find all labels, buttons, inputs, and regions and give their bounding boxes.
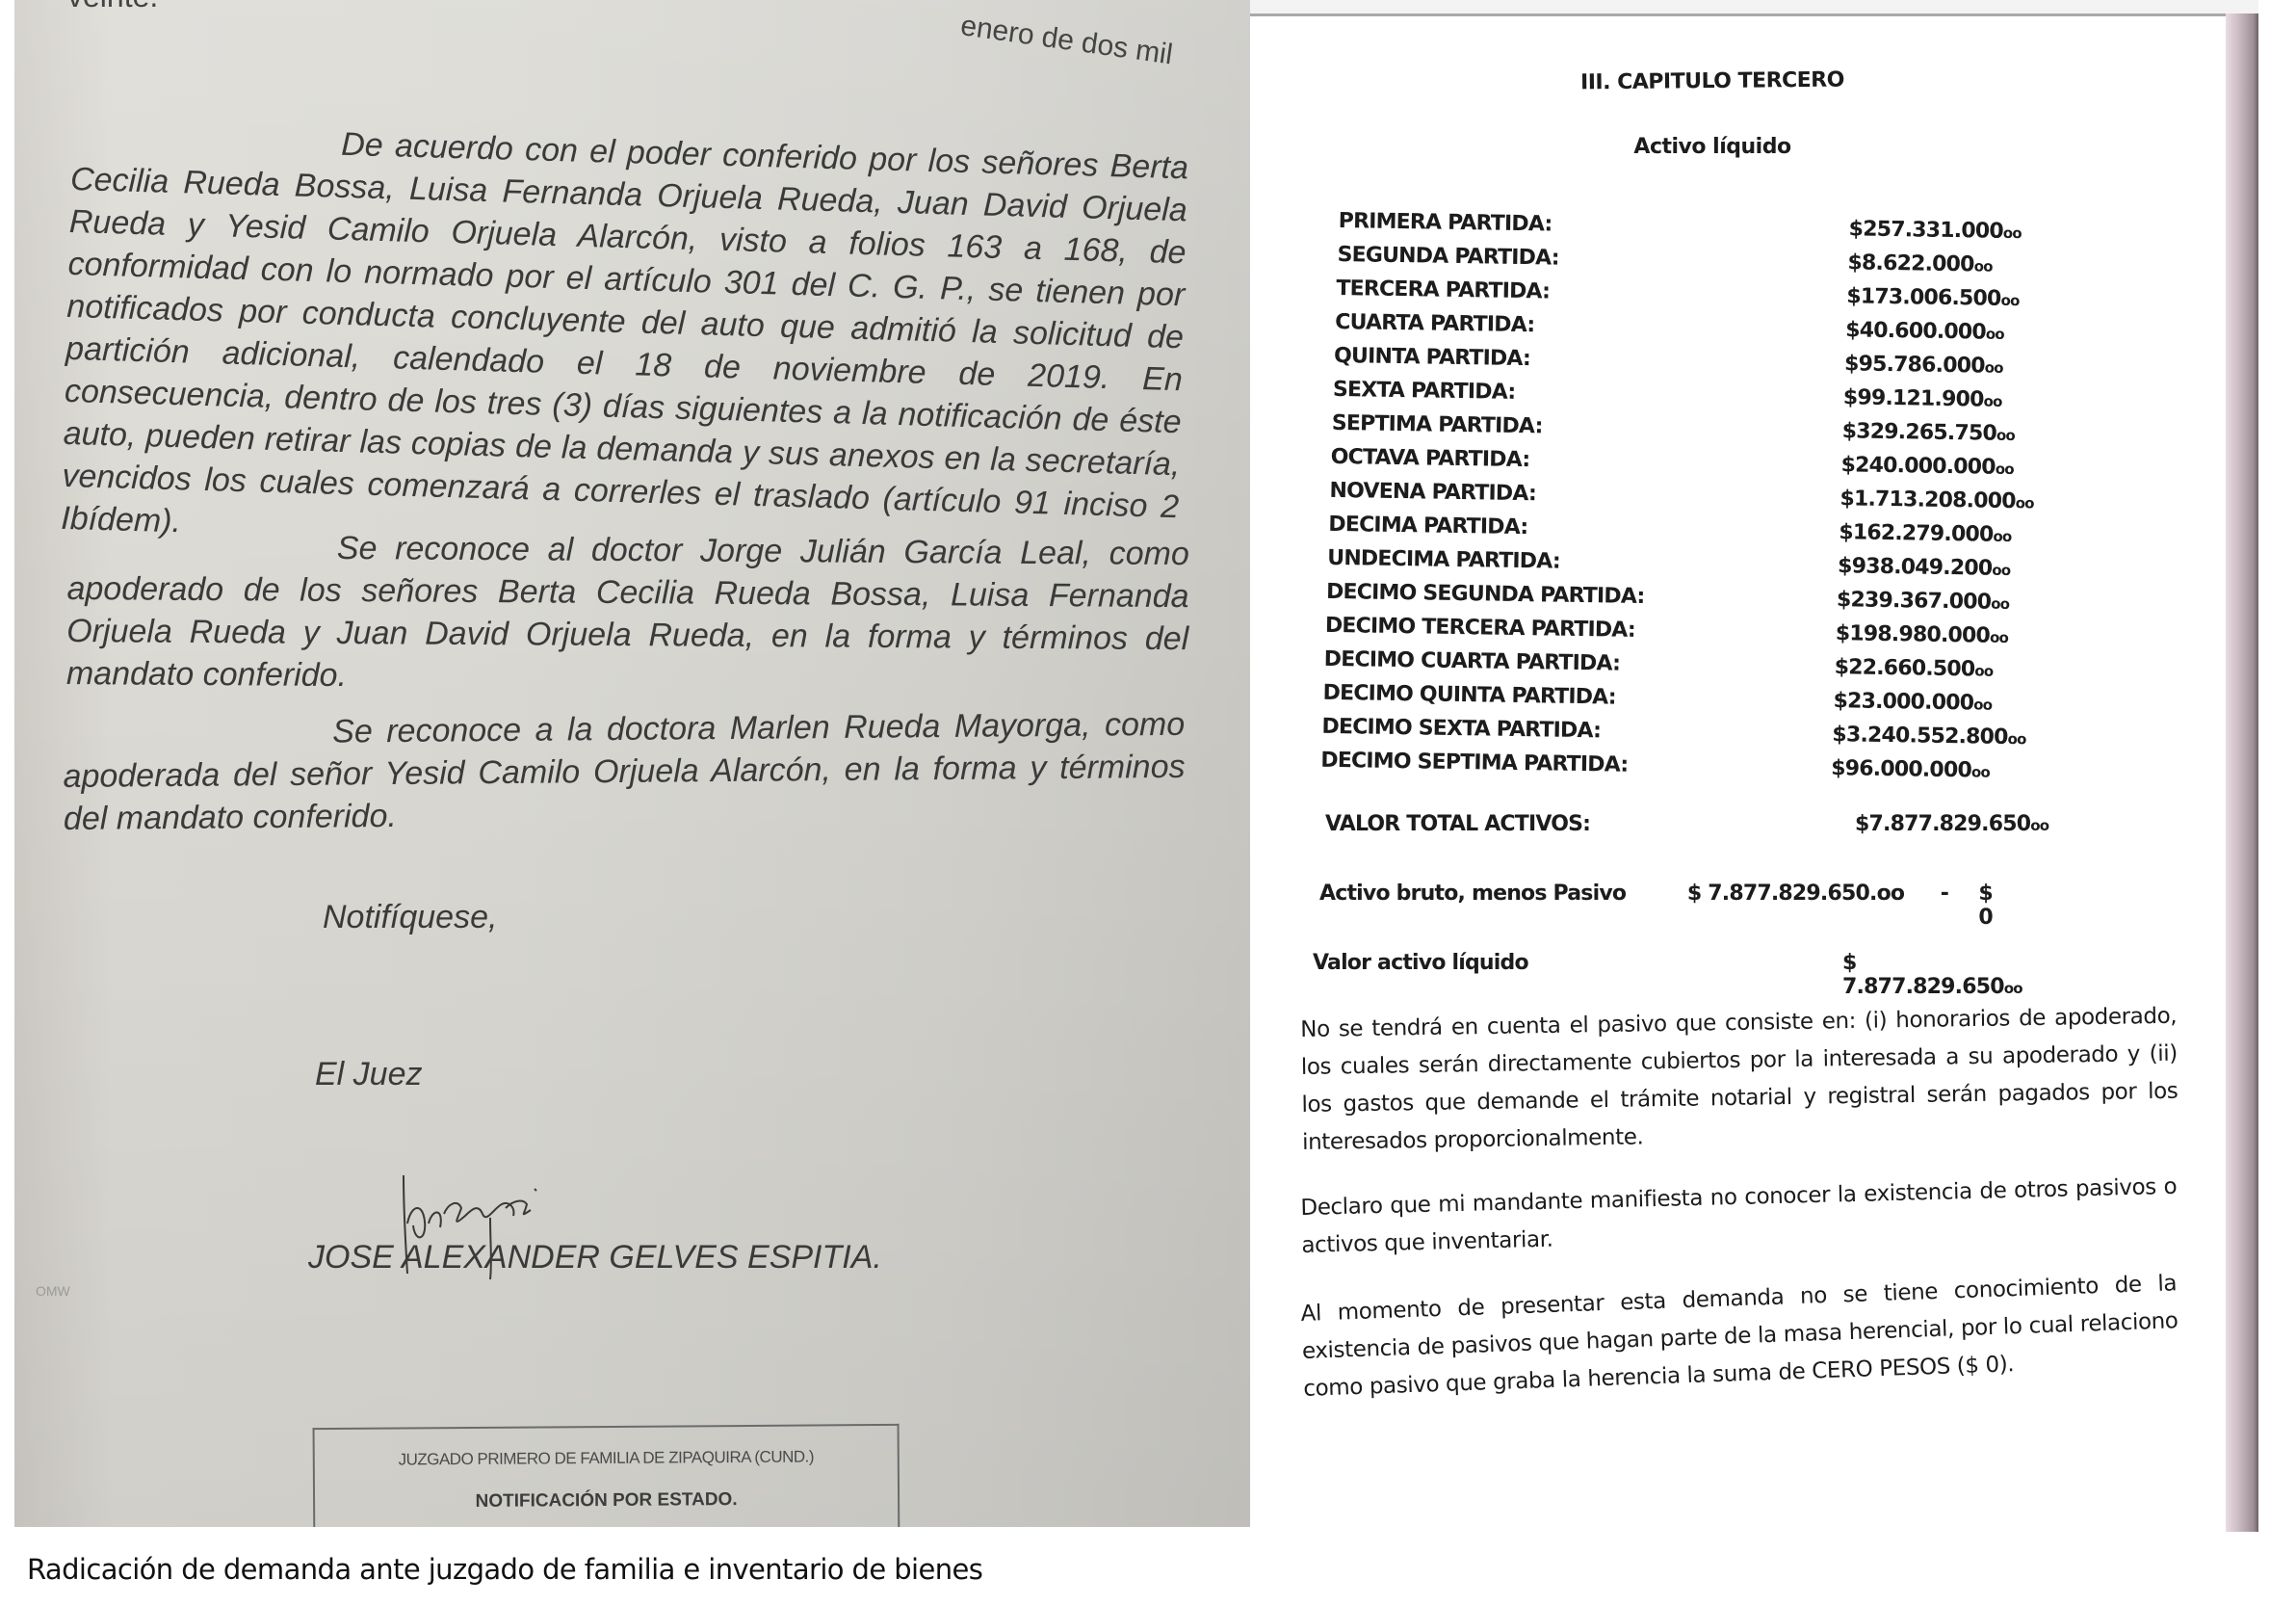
- initials-mark: OMW: [36, 1283, 70, 1299]
- signer-title: El Juez: [315, 1053, 423, 1095]
- total-activos-label: VALOR TOTAL ACTIVOS:: [1325, 812, 1590, 836]
- inventory-paragraph-1: No se tendrá en cuenta el pasivo que con…: [1300, 998, 2179, 1162]
- pasivo-value: $ 0: [1978, 881, 2013, 930]
- notification-stamp: JUZGADO PRIMERO DE FAMILIA DE ZIPAQUIRA …: [313, 1424, 900, 1527]
- partida-label: SEXTA PARTIDA:: [1333, 373, 1516, 409]
- total-activos-value: $7.877.829.650oo: [1855, 812, 2038, 836]
- partida-label: QUINTA PARTIDA:: [1334, 339, 1530, 376]
- partida-value: $96.000.000oo: [1831, 751, 2015, 788]
- judge-name: JOSE ALEXANDER GELVES ESPITIA.: [308, 1236, 882, 1278]
- inventory-paragraph-2: Declaro que mi mandante manifiesta no co…: [1300, 1169, 2179, 1265]
- partida-value: $257.331.000oo: [1848, 212, 2032, 249]
- partida-value: $198.980.000oo: [1836, 617, 2020, 653]
- court-paragraph-3-text: Se reconoce a la doctora Marlen Rueda Ma…: [63, 706, 1185, 837]
- partida-label: PRIMERA PARTIDA:: [1338, 204, 1552, 241]
- partidas-list: PRIMERA PARTIDA:$257.331.000ooSEGUNDA PA…: [1330, 204, 2032, 788]
- partida-label: SEGUNDA PARTIDA:: [1337, 238, 1559, 276]
- partida-label: TERCERA PARTIDA:: [1336, 272, 1550, 308]
- partida-label: DECIMO SEPTIMA PARTIDA:: [1320, 744, 1629, 782]
- partida-value: $3.240.552.800oo: [1832, 718, 2016, 754]
- court-paragraph-2: Se reconoce al doctor Jorge Julián Garcí…: [66, 525, 1189, 702]
- partida-value: $162.279.000oo: [1839, 515, 2022, 552]
- partida-value: $99.121.900oo: [1843, 381, 2027, 417]
- partida-label: NOVENA PARTIDA:: [1329, 474, 1536, 511]
- partida-value: $40.600.000oo: [1845, 313, 2029, 350]
- partida-value: $95.786.000oo: [1844, 347, 2028, 383]
- partida-value: $173.006.500oo: [1846, 279, 2030, 316]
- court-paragraph-2-text: Se reconoce al doctor Jorge Julián Garcí…: [66, 530, 1189, 694]
- partida-label: DECIMO TERCERA PARTIDA:: [1325, 609, 1636, 647]
- partida-label: UNDECIMA PARTIDA:: [1327, 541, 1560, 579]
- partida-label: DECIMO SEXTA PARTIDA:: [1321, 710, 1601, 749]
- valor-liquido-value: $ 7.877.829.650oo: [1842, 951, 2035, 999]
- partida-value: $329.265.750oo: [1841, 414, 2025, 451]
- total-activos-row: VALOR TOTAL ACTIVOS: $7.877.829.650oo: [1325, 812, 2038, 836]
- partida-label: DECIMO CUARTA PARTIDA:: [1324, 643, 1621, 681]
- valor-liquido-row: Valor activo líquido $ 7.877.829.650oo: [1313, 951, 2035, 999]
- section-title: Activo líquido: [1250, 135, 2175, 159]
- partida-label: CUARTA PARTIDA:: [1335, 305, 1535, 342]
- court-paragraph-3: Se reconoce a la doctora Marlen Rueda Ma…: [63, 703, 1186, 840]
- partida-value: $938.049.200oo: [1838, 549, 2022, 586]
- top-fragment-left: veinte.: [67, 0, 158, 14]
- partida-value: $240.000.000oo: [1840, 448, 2024, 485]
- stamp-court-name: JUZGADO PRIMERO DE FAMILIA DE ZIPAQUIRA …: [315, 1447, 898, 1470]
- partida-value: $1.713.208.000oo: [1839, 482, 2023, 518]
- partida-label: DECIMA PARTIDA:: [1328, 508, 1528, 544]
- court-paragraph-1-text: De acuerdo con el poder conferido por lo…: [61, 126, 1189, 539]
- minus-operator: -: [1941, 881, 1979, 930]
- valor-liquido-label: Valor activo líquido: [1313, 951, 1528, 999]
- partida-label: OCTAVA PARTIDA:: [1330, 440, 1529, 477]
- page-top-strip: [1250, 0, 2258, 16]
- activo-bruto-row: Activo bruto, menos Pasivo $ 7.877.829.6…: [1319, 881, 2013, 930]
- page-edge-shadow: [2226, 13, 2258, 1532]
- stamp-notification-label: NOTIFICACIÓN POR ESTADO.: [315, 1488, 898, 1513]
- inventory-photo: III. CAPITULO TERCERO Activo líquido PRI…: [1250, 0, 2258, 1532]
- partida-label: SEPTIMA PARTIDA:: [1332, 407, 1543, 443]
- partida-value: $8.622.000oo: [1847, 246, 2031, 282]
- chapter-title: III. CAPITULO TERCERO: [1250, 65, 2175, 98]
- partida-value: $239.367.000oo: [1837, 583, 2021, 619]
- activo-bruto-value: $ 7.877.829.650.oo: [1687, 881, 1941, 930]
- inventory-paragraph-3: Al momento de presentar esta demanda no …: [1300, 1265, 2180, 1408]
- partida-value: $23.000.000oo: [1833, 684, 2017, 721]
- partida-label: DECIMO QUINTA PARTIDA:: [1322, 676, 1616, 715]
- closing-notifiquese: Notifíquese,: [323, 896, 497, 938]
- court-order-photo: veinte. enero de dos mil De acuerdo con …: [14, 0, 1250, 1527]
- figure-caption: Radicación de demanda ante juzgado de fa…: [27, 1553, 982, 1586]
- partida-value: $22.660.500oo: [1834, 650, 2018, 687]
- partida-label: DECIMO SEGUNDA PARTIDA:: [1326, 575, 1645, 614]
- activo-bruto-label: Activo bruto, menos Pasivo: [1319, 881, 1687, 930]
- court-paragraph-1: De acuerdo con el poder conferido por lo…: [61, 116, 1189, 570]
